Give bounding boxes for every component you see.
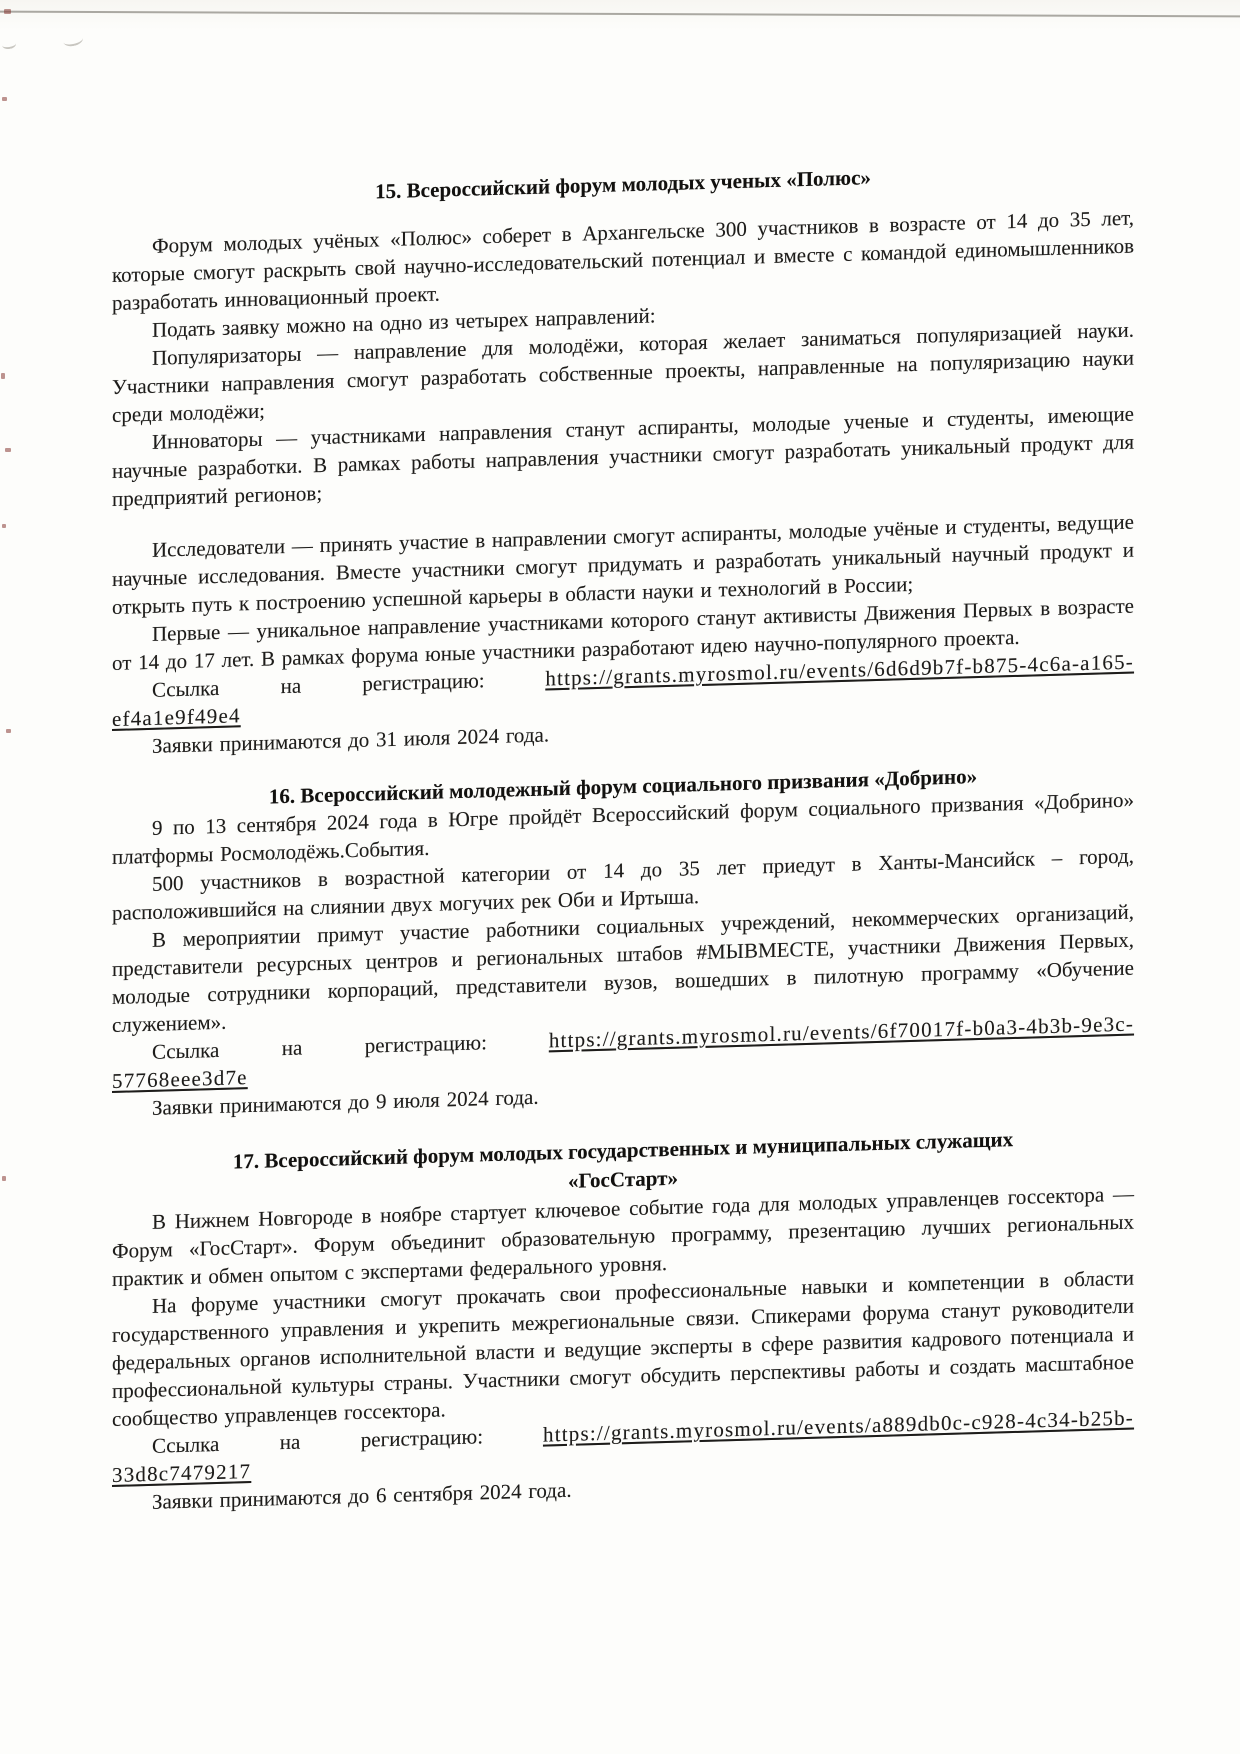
section-15-heading: 15. Всероссийский форум молодых ученых «… bbox=[112, 156, 1134, 213]
scan-speck bbox=[6, 729, 11, 733]
registration-link-line2[interactable]: 57768eee3d7e bbox=[112, 1065, 248, 1093]
section-16: 16. Всероссийский молодежный форум социа… bbox=[112, 758, 1134, 1123]
registration-link-line2[interactable]: 33d8c7479217 bbox=[112, 1459, 251, 1487]
registration-link-line2[interactable]: ef4a1e9f49e4 bbox=[112, 703, 241, 731]
scan-speck bbox=[2, 1176, 6, 1181]
scan-speck bbox=[5, 448, 11, 452]
scan-edge-line bbox=[0, 11, 1240, 18]
scan-speck bbox=[1, 373, 5, 379]
document-content: 15. Всероссийский форум молодых ученых «… bbox=[112, 146, 1134, 1517]
section-15: 15. Всероссийский форум молодых ученых «… bbox=[112, 156, 1134, 761]
scan-squiggle-mark bbox=[1, 39, 16, 50]
scan-speck bbox=[2, 524, 6, 528]
scan-speck bbox=[4, 9, 11, 14]
section-17: 17. Всероссийский форум молодых государс… bbox=[112, 1122, 1134, 1517]
scanned-page: 15. Всероссийский форум молодых ученых «… bbox=[0, 0, 1240, 1754]
scan-squiggle-mark bbox=[62, 32, 84, 48]
scan-speck bbox=[2, 97, 7, 101]
